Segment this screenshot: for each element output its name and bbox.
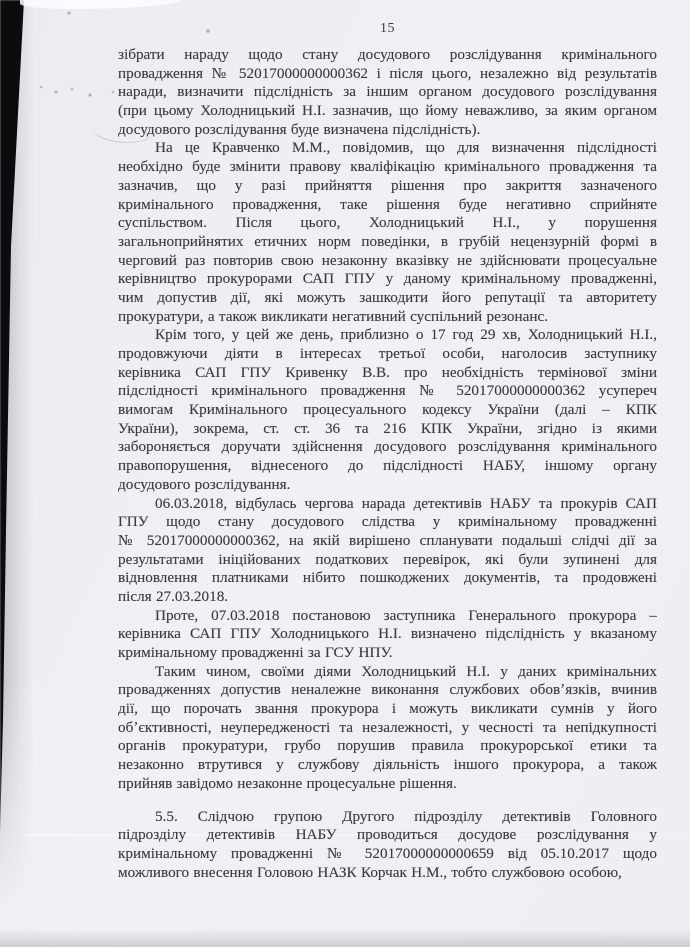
text-line: Проте, 07.03.2018 постановою заступника … [118,607,657,626]
text-line: загальноприйнятих етичних норм поведінки… [118,233,657,252]
text-line: керівництво прокурорами САП ГПУ у даному… [118,270,657,289]
text-line: підслідності кримінального провадження №… [118,382,657,401]
text-line: досудового розслідування буде визначена … [118,121,657,140]
text-line: провадженнях допустив неналежне виконанн… [118,681,657,700]
text-line: вимогам Кримінального процесуального код… [118,401,657,420]
text-line: результатами ініційованих податкових пер… [118,551,657,570]
text-line: прийняв завідомо незаконне процесуальне … [118,775,657,794]
text-line: суспільством. Після цього, Холодницький … [118,214,657,233]
document-body: зібрати нараду щодо стану досудового роз… [118,46,657,882]
paragraph: На це Кравченко М.М., повідомив, що для … [118,139,657,326]
text-line: керівника САП ГПУ Кривенку В.В. про необ… [118,364,657,383]
text-line: На це Кравченко М.М., повідомив, що для … [118,139,657,158]
text-line: необхідно буде змінити правову кваліфіка… [118,158,657,177]
text-line: ГПУ щодо стану досудового слідства у кри… [118,513,657,532]
paragraph: Крім того, у цей же день, приблизно о 17… [118,326,657,494]
text-line: можливого внесення Головою НАЗК Корчак Н… [118,864,657,883]
text-line: 5.5. Слідчою групою Другого підрозділу д… [118,808,657,827]
text-line: незаконно втрутився у службову діяльніст… [118,756,657,775]
text-line: кримінального провадження, таке рішення … [118,196,657,215]
text-line: черговий раз повторив свою незаконну вка… [118,252,657,271]
text-line: підрозділу детективів НАБУ проводиться д… [118,826,657,845]
text-line: зазначив, що у разі прийняття рішення пр… [118,177,657,196]
paragraph: Таким чином, своїми діями Холодницький Н… [118,663,657,794]
text-line: продовжуючи діяти в інтересах третьої ос… [118,345,657,364]
text-line: прокуратури, а також викликати негативни… [118,308,657,327]
paragraph: 06.03.2018, відбулась чергова нарада дет… [118,495,657,607]
scan-bottom-shadow [0,929,690,947]
paragraph: Проте, 07.03.2018 постановою заступника … [118,607,657,663]
text-line: обʼєктивності, неупередженості та незале… [118,719,657,738]
scan-top-paper-edge [20,0,180,9]
text-line: (при цьому Холодницький Н.І. зазначив, щ… [118,102,657,121]
text-line: чим допустив дії, які можуть зашкодити й… [118,289,657,308]
text-line: дії, що порочать звання прокурора і можу… [118,700,657,719]
text-line: зібрати нараду щодо стану досудового роз… [118,46,657,65]
text-line: Таким чином, своїми діями Холодницький Н… [118,663,657,682]
text-line: керівника САП ГПУ Холодницького Н.І. виз… [118,625,657,644]
text-line: досудового розслідування. [118,476,657,495]
text-line: правопорушення, віднесеного до підслідно… [118,457,657,476]
text-line: органів прокуратури, грубо порушив прави… [118,737,657,756]
scanned-document-page: 15 зібрати нараду щодо стану досудового … [0,0,690,947]
text-line: 06.03.2018, відбулась чергова нарада дет… [118,495,657,514]
text-line: кримінальному провадженні за ГСУ НПУ. [118,644,657,663]
text-line: № 52017000000000362, на якій вирішено сп… [118,532,657,551]
paragraph: 5.5. Слідчою групою Другого підрозділу д… [118,808,657,883]
scan-dust-speckles [0,0,2,2]
paragraph: зібрати нараду щодо стану досудового роз… [118,46,657,139]
text-line: після 27.03.2018. [118,588,657,607]
text-line: провадження № 52017000000000362 і після … [118,65,657,84]
text-line: відновлення платниками нібито пошкоджени… [118,569,657,588]
text-line: наради, визначити підслідність за іншим … [118,83,657,102]
text-line: Крім того, у цей же день, приблизно о 17… [118,326,657,345]
page-number: 15 [118,21,657,37]
text-line: забороняється доручати здійснення досудо… [118,438,657,457]
text-line: України), зокрема, ст. ст. 36 та 216 КПК… [118,420,657,439]
text-line: кримінальному провадженні № 520170000000… [118,845,657,864]
